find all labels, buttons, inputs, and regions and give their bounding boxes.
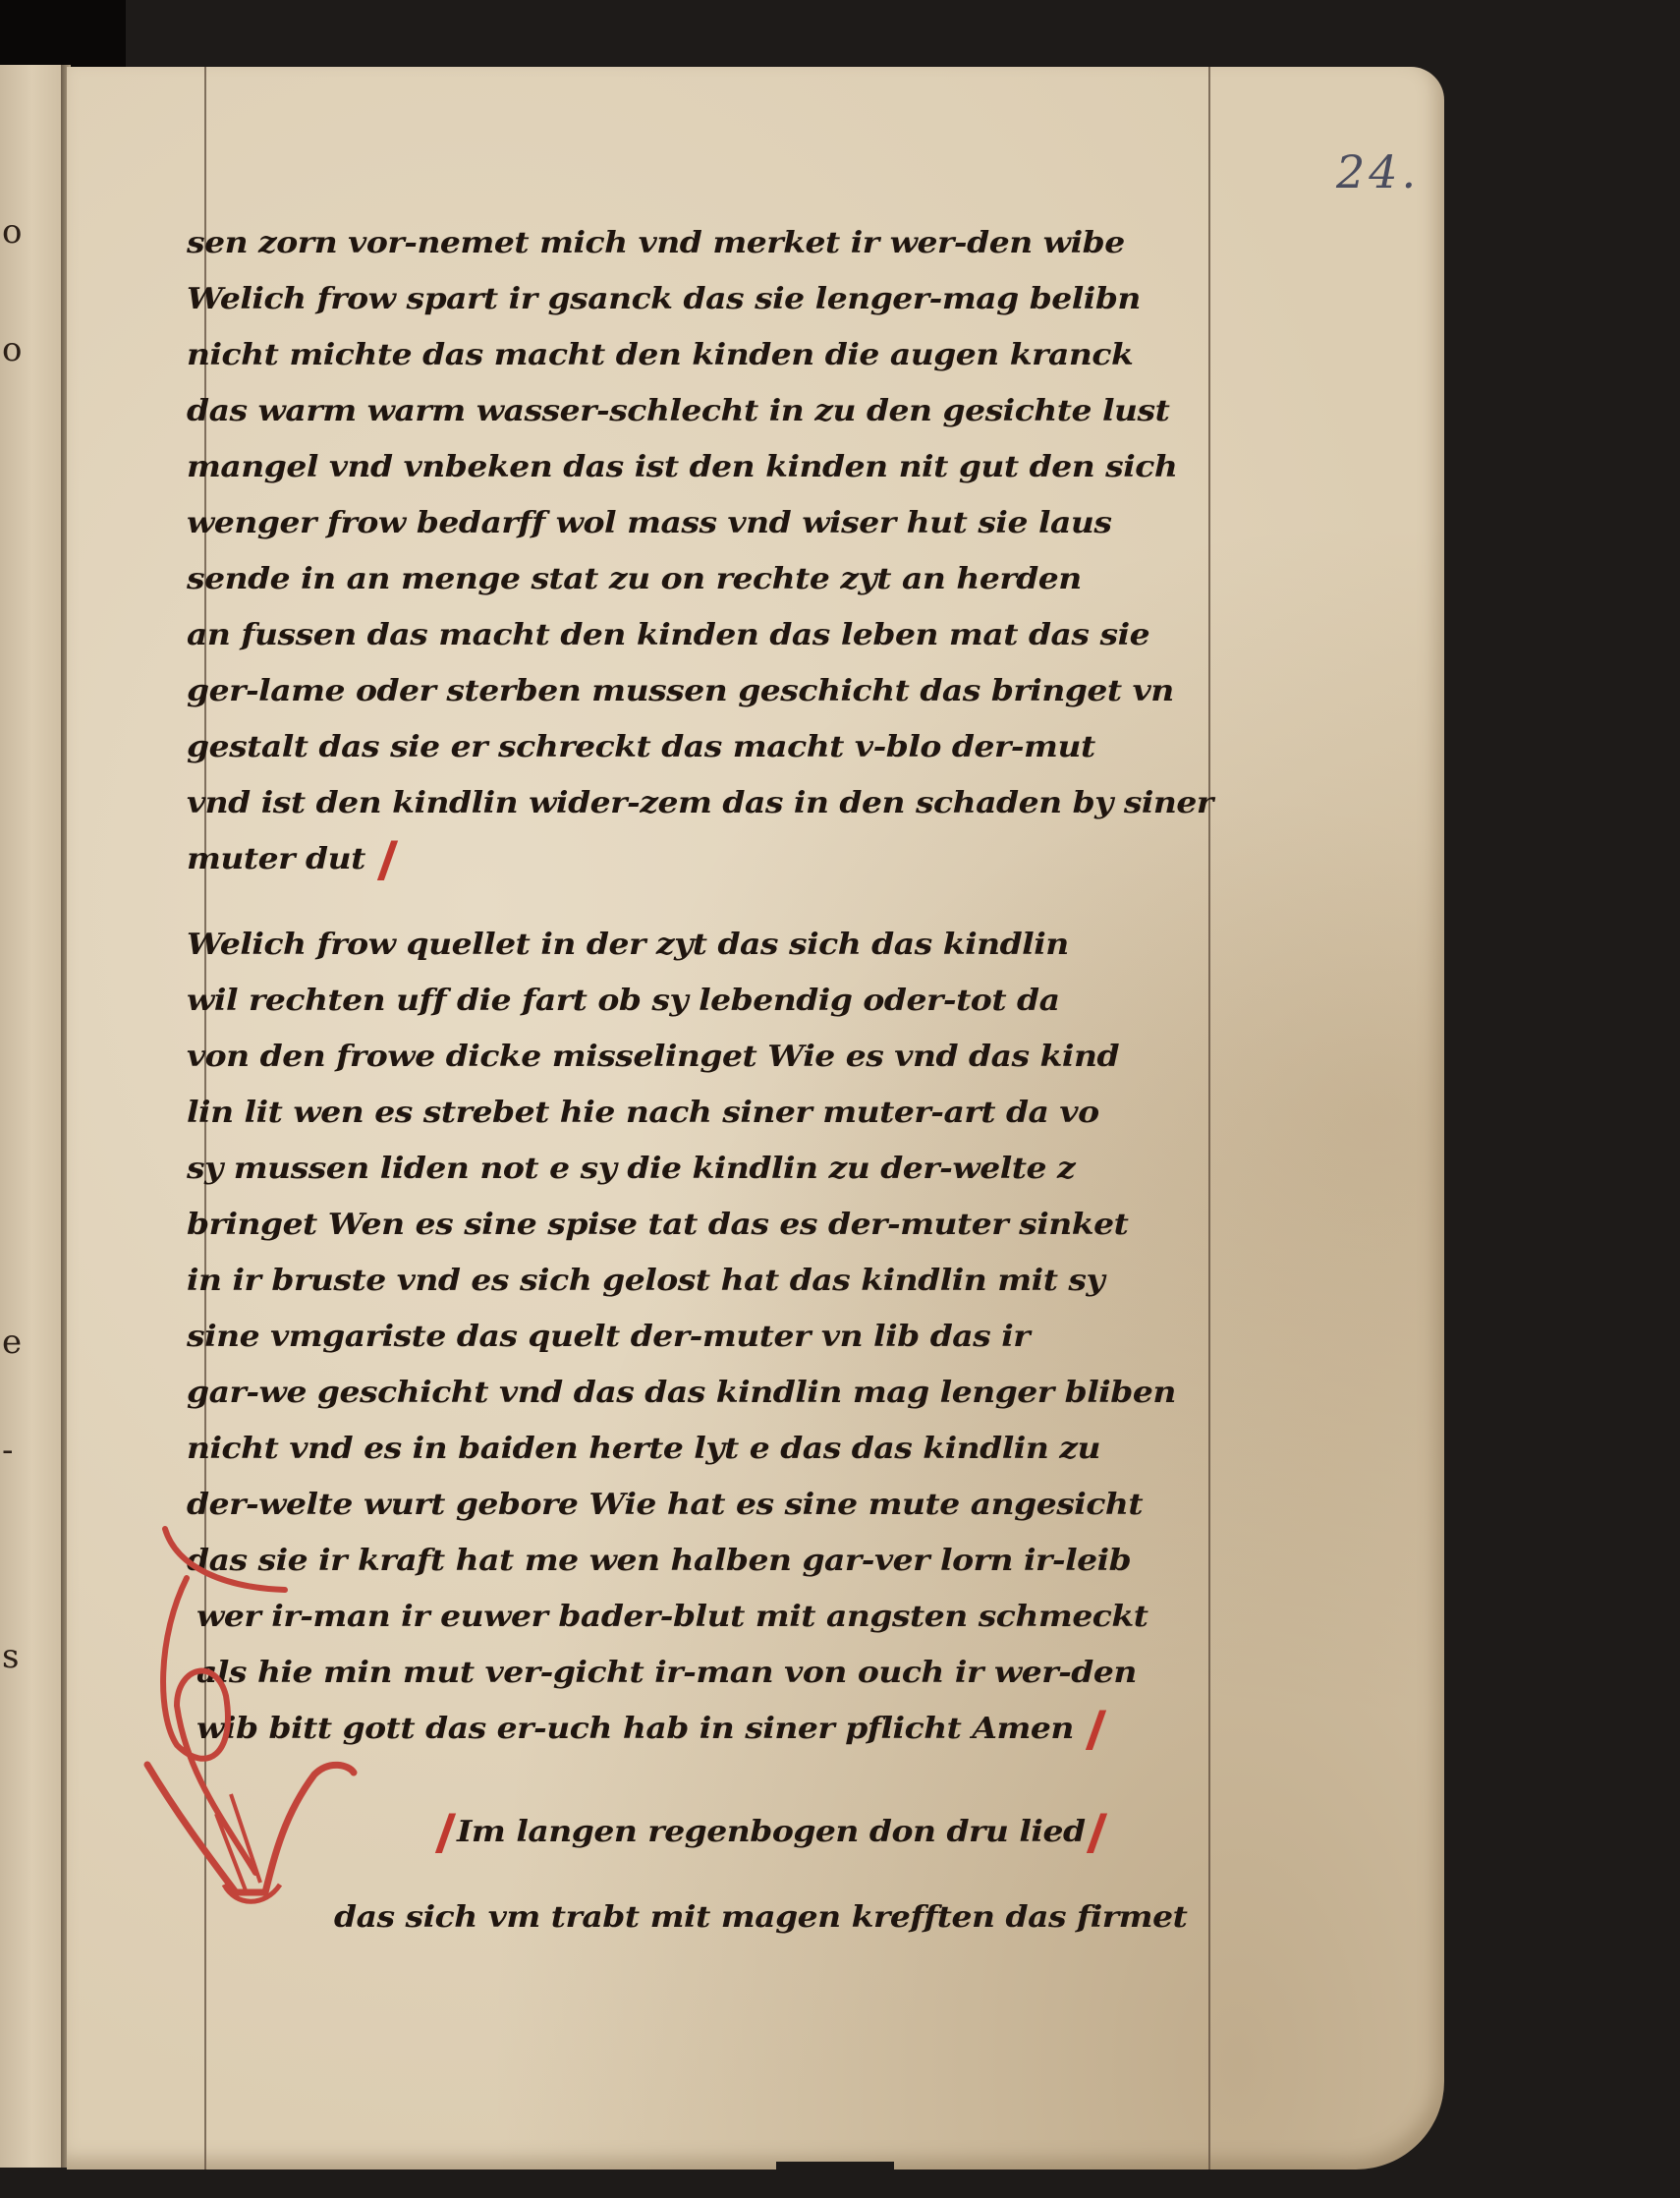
text-line: sen zorn vor-nemet mich vnd merket ir we…	[187, 216, 1277, 267]
text-line: das warm warm wasser-schlecht in zu den …	[187, 384, 1277, 435]
spacer	[187, 886, 1277, 916]
facing-page-fragment: s	[2, 1637, 19, 1676]
folio-number: 24.	[1336, 145, 1420, 198]
text-line: ger-lame oder sterben mussen geschicht d…	[187, 664, 1277, 715]
text-line: vnd ist den kindlin wider-zem das in den…	[187, 776, 1277, 827]
paragraph-mark-icon	[377, 841, 398, 880]
text-line: Welich frow quellet in der zyt das sich …	[187, 918, 1277, 969]
facing-page-fragment: e	[2, 1323, 22, 1362]
rubric-stroke-icon	[435, 1814, 456, 1853]
text-line: bringet Wen es sine spise tat das es der…	[187, 1198, 1277, 1249]
text-line: wenger frow bedarff wol mass vnd wiser h…	[187, 496, 1277, 547]
text-line: Welich frow spart ir gsanck das sie leng…	[187, 272, 1277, 323]
facing-page-fragment: o	[2, 330, 22, 369]
page-edge-notch	[776, 2162, 894, 2171]
paragraph-mark-icon	[1086, 1814, 1106, 1853]
text-line: in ir bruste vnd es sich gelost hat das …	[187, 1254, 1277, 1305]
text-line: sine vmgariste das quelt der-muter vn li…	[187, 1310, 1277, 1361]
text-line: wil rechten uff die fart ob sy lebendig …	[187, 974, 1277, 1025]
text-line: lin lit wen es strebet hie nach siner mu…	[187, 1086, 1277, 1137]
decorated-initial-v-icon	[118, 1519, 373, 1912]
text-line: gestalt das sie er schreckt das macht v-…	[187, 720, 1277, 771]
text-line: sy mussen liden not e sy die kindlin zu …	[187, 1142, 1277, 1193]
paragraph-1: sen zorn vor-nemet mich vnd merket ir we…	[187, 214, 1277, 886]
text-line: nicht vnd es in baiden herte lyt e das d…	[187, 1422, 1277, 1473]
text-line: von den frowe dicke misselinget Wie es v…	[187, 1030, 1277, 1081]
text-line: gar-we geschicht vnd das das kindlin mag…	[187, 1366, 1277, 1417]
text-line: an fussen das macht den kinden das leben…	[187, 608, 1277, 659]
scan-background-corner	[0, 0, 126, 69]
manuscript-page: 24. sen zorn vor-nemet mich vnd merket i…	[67, 67, 1444, 2170]
text-line: muter dut	[187, 832, 1277, 883]
text-span: muter dut	[187, 841, 365, 876]
paragraph-mark-icon	[1086, 1711, 1106, 1750]
text-line: nicht michte das macht den kinden die au…	[187, 328, 1277, 379]
text-line: sende in an menge stat zu on rechte zyt …	[187, 552, 1277, 603]
rubric-heading-text: Im langen regenbogen don dru lied	[457, 1814, 1086, 1849]
text-line: mangel vnd vnbeken das ist den kinden ni…	[187, 440, 1277, 491]
facing-page-edge: o o e - s	[0, 65, 67, 2168]
facing-page-fragment: -	[2, 1431, 14, 1470]
facing-page-fragment: o	[2, 212, 22, 252]
